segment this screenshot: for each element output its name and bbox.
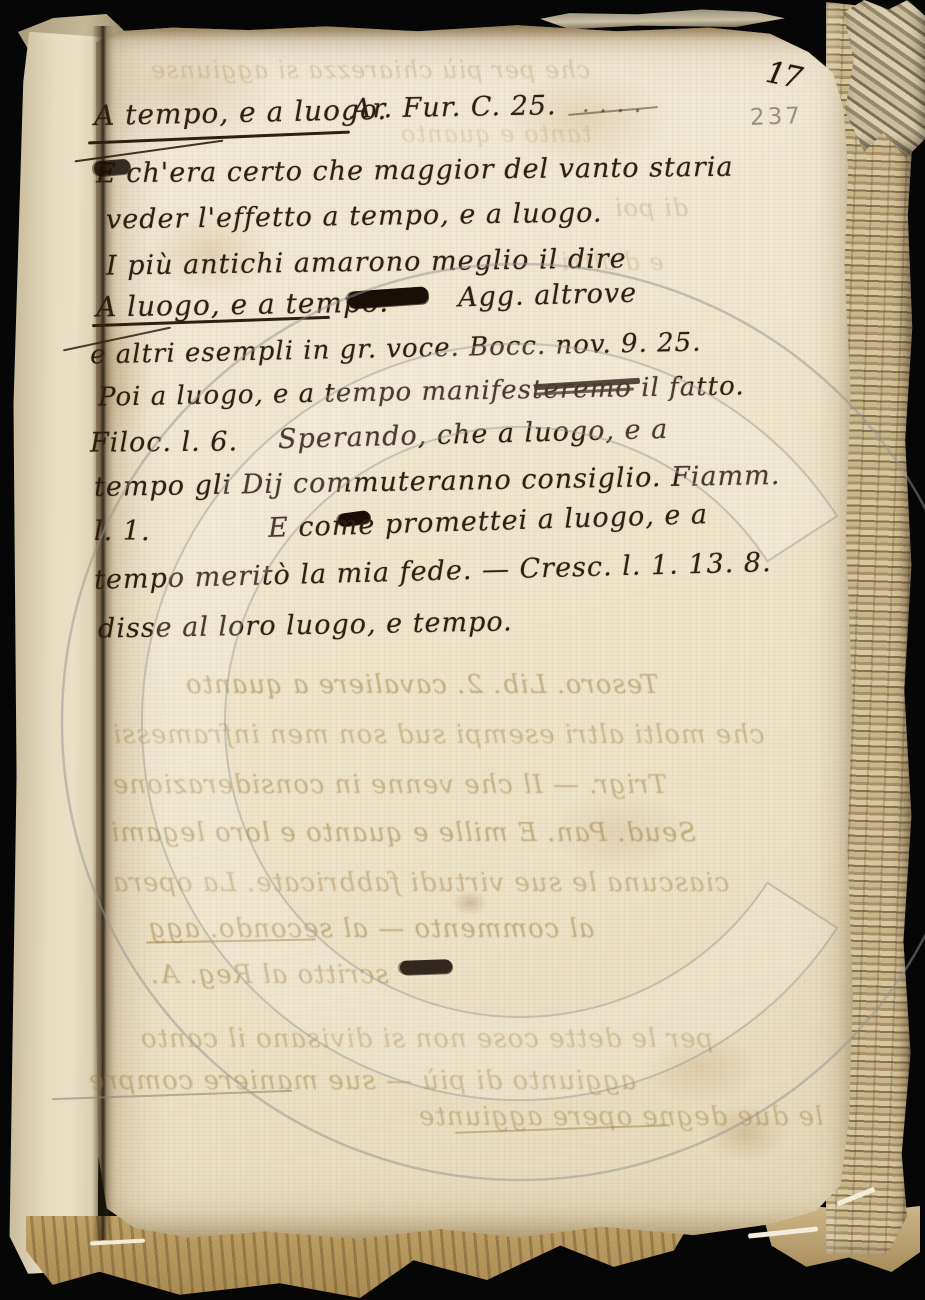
folio-number-ink: 17 — [763, 55, 804, 96]
bleedthrough-line: Seud. Pan. E mille e quanto e loro legam… — [110, 818, 696, 848]
ink-blot — [400, 959, 452, 975]
bleedthrough-line: aggiunto di più — sue maniere compre — [88, 1066, 636, 1096]
bleedthrough-line: ciascuna le sue virtudi fabbricate. La o… — [112, 868, 729, 898]
bleedthrough-line: per le dette cose non si divisano il can… — [140, 1024, 713, 1054]
ink-line: Filoc. l. 6. — [90, 426, 238, 458]
ink-line: Agg. altrove — [458, 278, 638, 314]
heading-lemma: A tempo, e a luogo. — [94, 93, 388, 132]
top-edge-fragment — [540, 8, 785, 29]
bleedthrough-line: Tesoro. Lib. 2. cavaliere a quanto — [185, 670, 659, 700]
folio-number-pencil: 237 — [750, 103, 804, 131]
bleedthrough-line: scritto al Reg. A. — [150, 960, 389, 990]
heading-citation: Ar. Fur. C. 25. — [352, 90, 557, 125]
bleedthrough-line: che per più chiarezza si aggiunse — [150, 56, 590, 84]
bleedthrough-line: che molti altri esempi sud son men infra… — [112, 720, 765, 750]
bleedthrough-line: Trigr. — Il che venne in considerazione — [112, 770, 667, 800]
bleedthrough-line: tanto e quanto — [400, 120, 592, 148]
ink-line: l. 1. — [94, 516, 151, 547]
ink-line-lemma: A luogo, e a tempo. — [96, 285, 390, 323]
bleedthrough-line: di poi — [614, 194, 688, 222]
manuscript-photo: 17 237 che per più chiarezza si aggiunse… — [0, 0, 925, 1300]
